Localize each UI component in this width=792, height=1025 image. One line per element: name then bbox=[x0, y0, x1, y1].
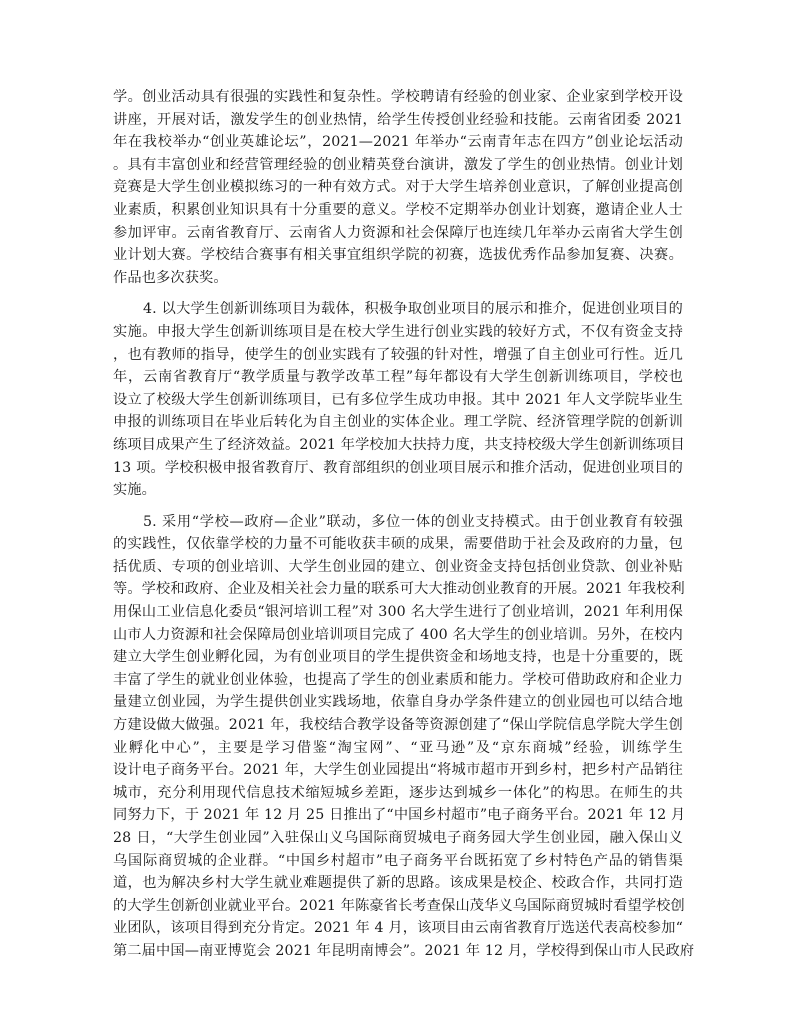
text-line: 的大学生创新创业就业平台。2021 年陈豪省长考查保山茂华义乌国际商贸城时看望学… bbox=[113, 895, 683, 918]
text-line: 山市人力资源和社会保障局创业培训项目完成了 400 名大学生的创业培训。另外，在… bbox=[113, 624, 683, 647]
text-line: 实施。 bbox=[113, 479, 683, 502]
text-line: 第二届中国—南亚博览会 2021 年昆明南博会”。2021 年 12 月，学校得… bbox=[113, 940, 683, 963]
text-line: 城市，充分利用现代信息技术缩短城乡差距，逐步达到城乡一体化”的构思。在师生的共 bbox=[113, 782, 683, 805]
text-line: 13 项。学校积极申报省教育厅、教育部组织的创业项目展示和推介活动，促进创业项目… bbox=[113, 457, 683, 480]
text-line: 等。学校和政府、企业及相关社会力量的联系可大大推动创业教育的开展。2021 年我… bbox=[113, 578, 683, 601]
document-page: 学。创业活动具有很强的实践性和复杂性。学校聘请有经验的创业家、企业家到学校开设 … bbox=[113, 86, 683, 963]
text-line: 设计电子商务平台。2021 年，大学生创业园提出“将城市超市开到乡村，把乡村产品… bbox=[113, 759, 683, 782]
text-line-first: 5. 采用“学校—政府—企业”联动，多位一体的创业支持模式。由于创业教育有较强 bbox=[113, 511, 683, 534]
paragraph-item-4: 4. 以大学生创新训练项目为载体，积极争取创业项目的展示和推介，促进创业项目的 … bbox=[113, 298, 683, 501]
text-line: 量建立创业园，为学生提供创业实践场地，依靠自身办学条件建立的创业园也可以结合地 bbox=[113, 691, 683, 714]
text-line: 用保山工业信息化委员“银河培训工程”对 300 名大学生进行了创业培训，2021… bbox=[113, 601, 683, 624]
text-line: 乌国际商贸城的企业群。“中国乡村超市”电子商务平台既拓宽了乡村特色产品的销售渠 bbox=[113, 850, 683, 873]
text-line: 丰富了学生的就业创业体验，也提高了学生的创业素质和能力。学校可借助政府和企业力 bbox=[113, 669, 683, 692]
text-line: 。具有丰富创业和经营管理经验的创业精英登台演讲，激发了学生的创业热情。创业计划 bbox=[113, 154, 683, 177]
text-line: 讲座，开展对话，激发学生的创业热情，给学生传授创业经验和技能。云南省团委 202… bbox=[113, 109, 683, 132]
text-line: 道，也为解决乡村大学生就业难题提供了新的思路。该成果是校企、校政合作，共同打造 bbox=[113, 872, 683, 895]
text-line: 业孵化中心”，主要是学习借鉴“淘宝网”、“亚马逊”及“京东商城”经验，训练学生 bbox=[113, 737, 683, 760]
text-line-first: 4. 以大学生创新训练项目为载体，积极争取创业项目的展示和推介，促进创业项目的 bbox=[113, 298, 683, 321]
text-line: 练项目成果产生了经济效益。2021 年学校加大扶持力度，共支持校级大学生创新训练… bbox=[113, 434, 683, 457]
text-line: 学。创业活动具有很强的实践性和复杂性。学校聘请有经验的创业家、企业家到学校开设 bbox=[113, 86, 683, 109]
text-line: 28 日，“大学生创业园”入驻保山义乌国际商贸城电子商务园大学生创业园，融入保山… bbox=[113, 827, 683, 850]
paragraph-spacer bbox=[113, 289, 683, 298]
text-line: 的实践性，仅依靠学校的力量不可能收获丰硕的成果，需要借助于社会及政府的力量，包 bbox=[113, 533, 683, 556]
text-line: 建立大学生创业孵化园，为有创业项目的学生提供资金和场地支持，也是十分重要的，既 bbox=[113, 646, 683, 669]
text-line: 业计划大赛。学校结合赛事有相关事宜组织学院的初赛，选拔优秀作品参加复赛、决赛。 bbox=[113, 244, 683, 267]
paragraph-spacer bbox=[113, 502, 683, 511]
text-line: 业素质，积累创业知识具有十分重要的意义。学校不定期举办创业计划赛，邀请企业人士 bbox=[113, 199, 683, 222]
text-line: 作品也多次获奖。 bbox=[113, 267, 683, 290]
text-line: 方建设做大做强。2021 年，我校结合教学设备等资源创建了“保山学院信息学院大学… bbox=[113, 714, 683, 737]
text-line: 年，云南省教育厅“教学质量与教学改革工程”每年都设有大学生创新训练项目，学校也 bbox=[113, 366, 683, 389]
text-line: 年在我校举办“创业英雄论坛”，2021—2021 年举办“云南青年志在四方”创业… bbox=[113, 131, 683, 154]
text-line: ，也有教师的指导，使学生的创业实践有了较强的针对性，增强了自主创业可行性。近几 bbox=[113, 344, 683, 367]
text-line: 实施。申报大学生创新训练项目是在校大学生进行创业实践的较好方式，不仅有资金支持 bbox=[113, 321, 683, 344]
paragraph-continuation: 学。创业活动具有很强的实践性和复杂性。学校聘请有经验的创业家、企业家到学校开设 … bbox=[113, 86, 683, 289]
text-line: 括优质、专项的创业培训、大学生创业园的建立、创业资金支持包括创业贷款、创业补贴 bbox=[113, 556, 683, 579]
text-line: 业团队，该项目得到充分肯定。2021 年 4 月，该项目由云南省教育厅选送代表高… bbox=[113, 917, 683, 940]
text-line: 同努力下，于 2021 年 12 月 25 日推出了“中国乡村超市”电子商务平台… bbox=[113, 804, 683, 827]
text-line: 竞赛是大学生创业模拟练习的一种有效方式。对于大学生培养创业意识，了解创业提高创 bbox=[113, 176, 683, 199]
text-line: 参加评审。云南省教育厅、云南省人力资源和社会保障厅也连续几年举办云南省大学生创 bbox=[113, 222, 683, 245]
text-line: 设立了校级大学生创新训练项目，已有多位学生成功申报。其中 2021 年人文学院毕… bbox=[113, 389, 683, 412]
paragraph-item-5: 5. 采用“学校—政府—企业”联动，多位一体的创业支持模式。由于创业教育有较强 … bbox=[113, 511, 683, 963]
text-line: 申报的训练项目在毕业后转化为自主创业的实体企业。理工学院、经济管理学院的创新训 bbox=[113, 411, 683, 434]
